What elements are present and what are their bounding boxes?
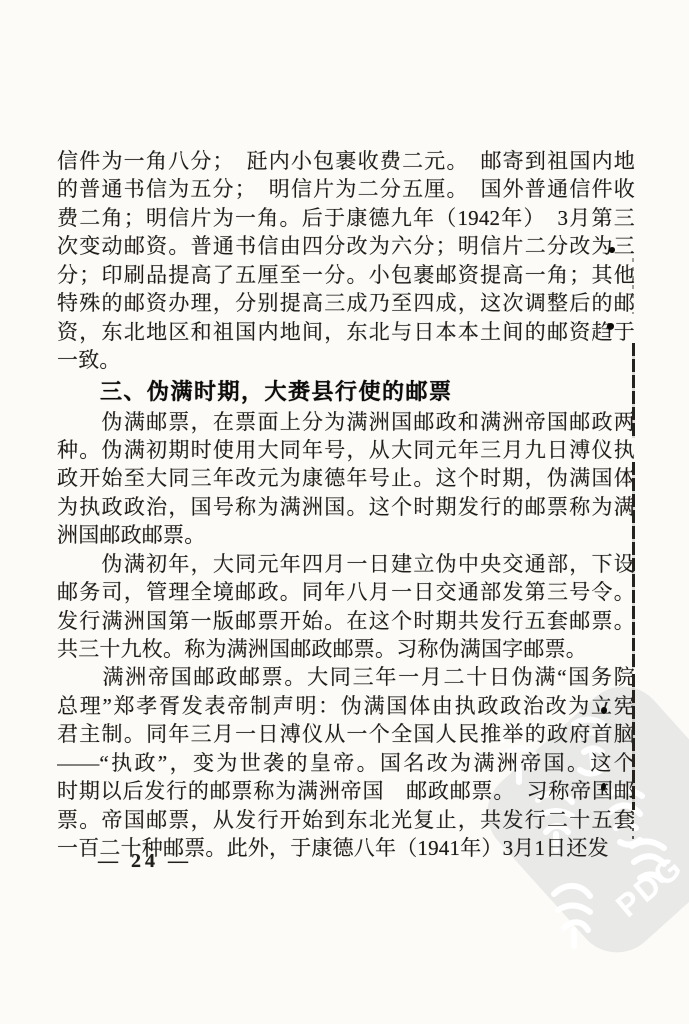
body-line: 特殊的邮资办理，分别提高三成乃至四成，这次调整后的邮 (57, 289, 635, 317)
scan-binding-line (632, 343, 635, 438)
body-line: ——“执政”，变为世袭的皇帝。国名改为满洲帝国。这个 (57, 749, 635, 777)
body-line: 总理”郑孝胥发表帝制声明：伪满国体由执政政治改为立宪 (57, 692, 635, 720)
body-line: 资，东北地区和祖国内地间，东北与日本本土间的邮资趋于 (57, 318, 635, 346)
text-block: 信件为一角八分； 瓩内小包裹收费二元。 邮寄到祖国内地 的普通书信为五分； 明信… (57, 147, 635, 863)
body-line: 伪满初年，大同元年四月一日建立伪中央交通部，下设 (57, 550, 635, 578)
body-line: 费二角；明信片为一角。后于康德九年（1942年） 3月第三 (57, 204, 635, 232)
body-line: 发行满洲国第一版邮票开始。在这个时期共发行五套邮票。 (57, 607, 635, 635)
section-heading: 三、伪满时期，大赉县行使的邮票 (57, 375, 635, 408)
scan-binding-line (632, 674, 635, 810)
body-line: 邮务司，管理全境邮政。同年八月一日交通部发第三号令。 (57, 578, 635, 606)
body-line: 的普通书信为五分； 明信片为二分五厘。 国外普通信件收 (57, 175, 635, 203)
body-line: 信件为一角八分； 瓩内小包裹收费二元。 邮寄到祖国内地 (57, 147, 635, 175)
body-line: 种。伪满初期时使用大同年号，从大同元年三月九日溥仪执 (57, 436, 635, 464)
page-number: — 24 — (98, 850, 192, 873)
body-line: 伪满邮票，在票面上分为满洲国邮政和满洲帝国邮政两 (57, 408, 635, 436)
body-line: 一致。 (57, 346, 635, 374)
body-line: 分；印刷品提高了五厘至一分。小包裹邮资提高一角；其他 (57, 261, 635, 289)
body-line: 共三十九枚。称为满洲国邮政邮票。习称伪满国字邮票。 (57, 635, 635, 663)
body-line: 君主制。同年三月一日溥仪从一个全国人民推举的政府首脑 (57, 720, 635, 748)
body-line: 政开始至大同三年改元为康德年号止。这个时期，伪满国体 (57, 464, 635, 492)
body-line: 洲国邮政邮票。 (57, 521, 635, 549)
body-line: 次变动邮资。普通书信由四分改为六分；明信片二分改为三 (57, 232, 635, 260)
scan-binding-line (632, 258, 634, 314)
body-line: 票。帝国邮票，从发行开始到东北光复止，共发行二十五套 (57, 806, 635, 834)
body-line: 满洲帝国邮政邮票。大同三年一月二十日伪满“国务院 (57, 663, 635, 691)
scan-binding-line (632, 812, 634, 840)
body-line: 为执政政治，国号称为满洲国。这个时期发行的邮票称为满 (57, 493, 635, 521)
body-line: 时期以后发行的邮票称为满洲帝国 邮政邮票。 习称帝国邮 (57, 777, 635, 805)
scan-binding-line (632, 462, 635, 668)
scanned-book-page: PDG 信件为一角八分； 瓩内小包裹收费二元。 邮寄到祖国内地 的普通书信为五分… (0, 0, 689, 1024)
